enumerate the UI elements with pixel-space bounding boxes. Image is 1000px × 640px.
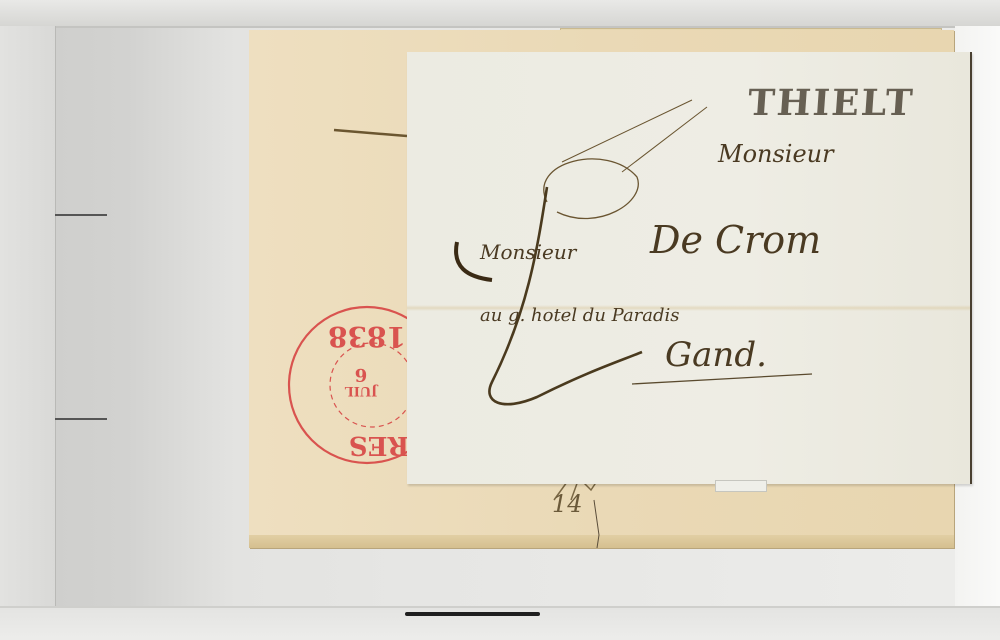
box-left-wall [0, 26, 56, 640]
address-salutation: Monsieur [480, 240, 576, 264]
manuscript-rate-mark: 14 [552, 490, 583, 518]
postmark-stamp: 1838 JUIL 6 RES [287, 305, 407, 465]
postmark-town: RES [349, 430, 407, 460]
postmark-year: 1838 [328, 320, 406, 353]
postmark-day: 6 [355, 364, 368, 385]
address-line-1: Monsieur [718, 140, 834, 168]
address-line-3: au g. hotel du Paradis [480, 305, 680, 326]
box-slot [405, 612, 540, 616]
town-cancellation-stamp: THIELT [747, 82, 916, 124]
box-slot [55, 214, 107, 216]
address-city: Gand. [665, 335, 767, 375]
addressee-name: De Crom [650, 218, 821, 262]
box-top-rim [0, 0, 1000, 28]
box-slot [55, 418, 107, 420]
